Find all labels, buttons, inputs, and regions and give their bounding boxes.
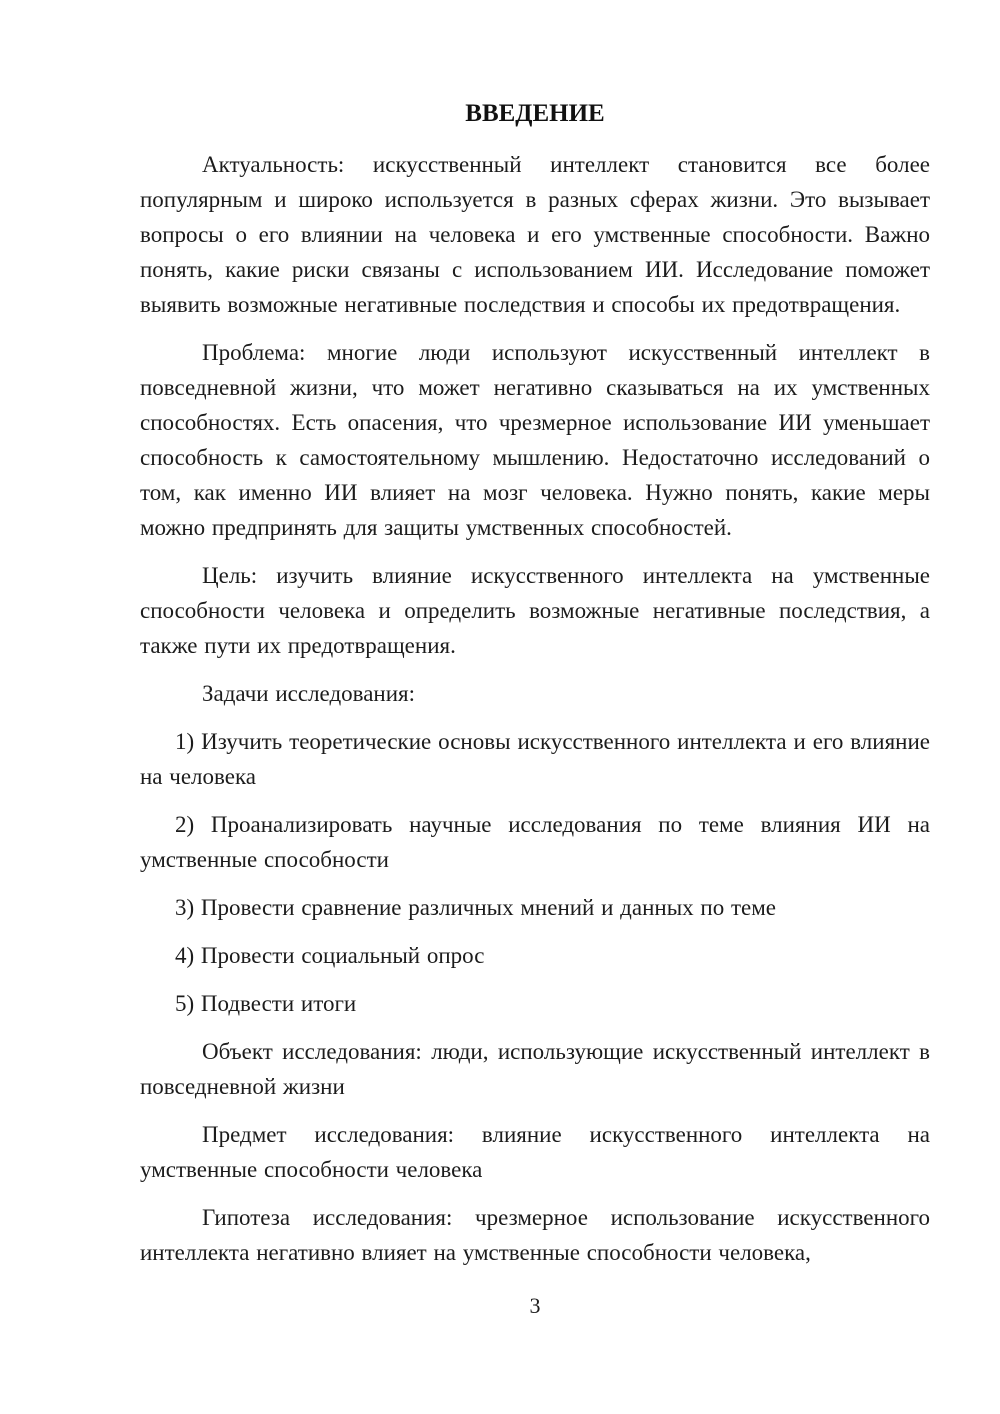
- list-item-task-5: 5) Подвести итоги: [140, 986, 930, 1021]
- paragraph-relevance: Актуальность: искусственный интеллект ст…: [140, 147, 930, 322]
- paragraph-tasks-heading: Задачи исследования:: [140, 676, 930, 711]
- paragraph-problem: Проблема: многие люди используют искусст…: [140, 335, 930, 545]
- paragraph-object: Объект исследования: люди, использующие …: [140, 1034, 930, 1104]
- list-item-task-2: 2) Проанализировать научные исследования…: [140, 807, 930, 877]
- list-item-task-3: 3) Провести сравнение различных мнений и…: [140, 890, 930, 925]
- list-item-task-4: 4) Провести социальный опрос: [140, 938, 930, 973]
- paragraph-subject: Предмет исследования: влияние искусствен…: [140, 1117, 930, 1187]
- list-item-task-1: 1) Изучить теоретические основы искусств…: [140, 724, 930, 794]
- paragraph-hypothesis: Гипотеза исследования: чрезмерное исполь…: [140, 1200, 930, 1270]
- document-page: ВВЕДЕНИЕ Актуальность: искусственный инт…: [0, 0, 1000, 1414]
- document-title: ВВЕДЕНИЕ: [140, 96, 930, 131]
- page-number: 3: [140, 1288, 930, 1323]
- paragraph-goal: Цель: изучить влияние искусственного инт…: [140, 558, 930, 663]
